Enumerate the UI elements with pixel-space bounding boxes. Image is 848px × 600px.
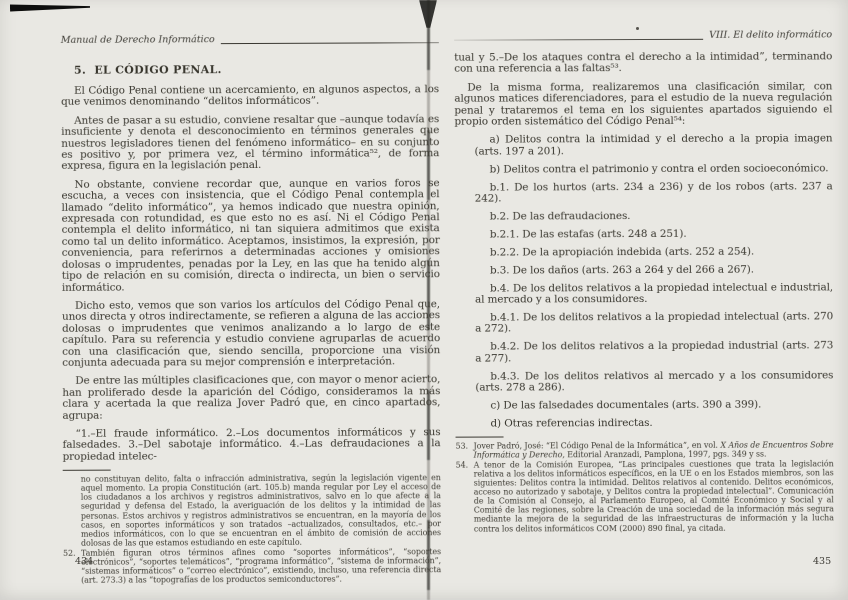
footnote-text: Editorial Aranzadi, Pamplona, 1997, pgs.… bbox=[565, 449, 767, 459]
footnote-continuation: no constituyan delito, falta o infracció… bbox=[63, 473, 441, 547]
paragraph: tual y 5.–De los ataques contra el derec… bbox=[454, 51, 832, 75]
left-page: Manual de Derecho Informático 5. EL CÓDI… bbox=[61, 33, 441, 586]
paragraph: El Código Penal contiene un acercamiento… bbox=[61, 84, 439, 108]
footnote-text: A tenor de la Comisión Europea, “Las pri… bbox=[474, 459, 834, 533]
list-item: b.4.3. De los delitos relativos al merca… bbox=[475, 370, 833, 394]
section-heading: 5. EL CÓDIGO PENAL. bbox=[74, 62, 439, 77]
list-item: b.3. De los daños (arts. 263 a 264 y del… bbox=[475, 264, 833, 277]
list-item: b) Delitos contra el patrimonio y contra… bbox=[475, 163, 833, 176]
list-item: a) Delitos contra la intimidad y el dere… bbox=[474, 134, 832, 158]
book-scan: Manual de Derecho Informático 5. EL CÓDI… bbox=[0, 0, 848, 600]
paragraph: No obstante, conviene recordar que, aunq… bbox=[61, 178, 439, 294]
footnote-54: 54. A tenor de la Comisión Europea, “Las… bbox=[456, 459, 834, 533]
paragraph: De la misma forma, realizaremos una clas… bbox=[454, 81, 832, 128]
left-running-header: Manual de Derecho Informático bbox=[61, 33, 439, 47]
list-item: b.2.1. De las estafas (arts. 248 a 251). bbox=[475, 228, 833, 241]
right-footnotes: 53. Jover Padró, José: “El Código Penal … bbox=[456, 440, 834, 533]
list-item: b.4.2. De los delitos relativos a la pro… bbox=[475, 341, 833, 365]
page-number-right: 435 bbox=[813, 556, 831, 567]
list-item: b.1. De los hurtos (arts. 234 a 236) y d… bbox=[475, 181, 833, 205]
right-header-rule bbox=[454, 39, 703, 41]
right-running-header: VIII. El delito informático bbox=[454, 29, 832, 42]
left-header-title: Manual de Derecho Informático bbox=[61, 34, 215, 47]
footnote-number: 53. bbox=[456, 441, 468, 450]
left-header-rule bbox=[221, 42, 439, 44]
footnote-rule bbox=[63, 470, 111, 471]
list-item: b.2. De las defraudaciones. bbox=[475, 210, 833, 223]
right-header-title: VIII. El delito informático bbox=[709, 29, 832, 41]
list-item: b.2.2. De la apropiación indebida (arts.… bbox=[475, 246, 833, 259]
list-item: c) De las falsedades documentales (arts.… bbox=[475, 399, 833, 412]
paragraph: Antes de pasar a su estudio, conviene re… bbox=[61, 114, 439, 173]
list-item: b.4.1. De los delitos relativos a la pro… bbox=[475, 311, 833, 335]
list-item: b.4. De los delitos relativos a la propi… bbox=[475, 282, 833, 306]
footnote-number: 52. bbox=[63, 549, 75, 558]
paragraph: De entre las múltiples clasificaciones q… bbox=[62, 375, 440, 422]
page-number-left: 434 bbox=[75, 556, 93, 567]
footnote-number: 54. bbox=[456, 460, 468, 469]
right-page: VIII. El delito informático tual y 5.–De… bbox=[454, 29, 834, 534]
footnote-52: 52. También figuran otros términos afine… bbox=[63, 547, 441, 585]
list-item: d) Otras referencias indirectas. bbox=[475, 417, 833, 430]
footnote-text: También figuran otros términos afines co… bbox=[81, 547, 441, 585]
footnote-53: 53. Jover Padró, José: “El Código Penal … bbox=[456, 440, 834, 460]
scan-artifact-top-left bbox=[10, 3, 90, 11]
footnote-rule bbox=[456, 436, 504, 437]
quoted-classification-paragraph: “1.–El fraude informático. 2.–Los docume… bbox=[63, 427, 441, 463]
paragraph: Dicho esto, vemos que son varios los art… bbox=[62, 299, 440, 369]
left-footnotes: no constituyan delito, falta o infracció… bbox=[63, 473, 441, 585]
